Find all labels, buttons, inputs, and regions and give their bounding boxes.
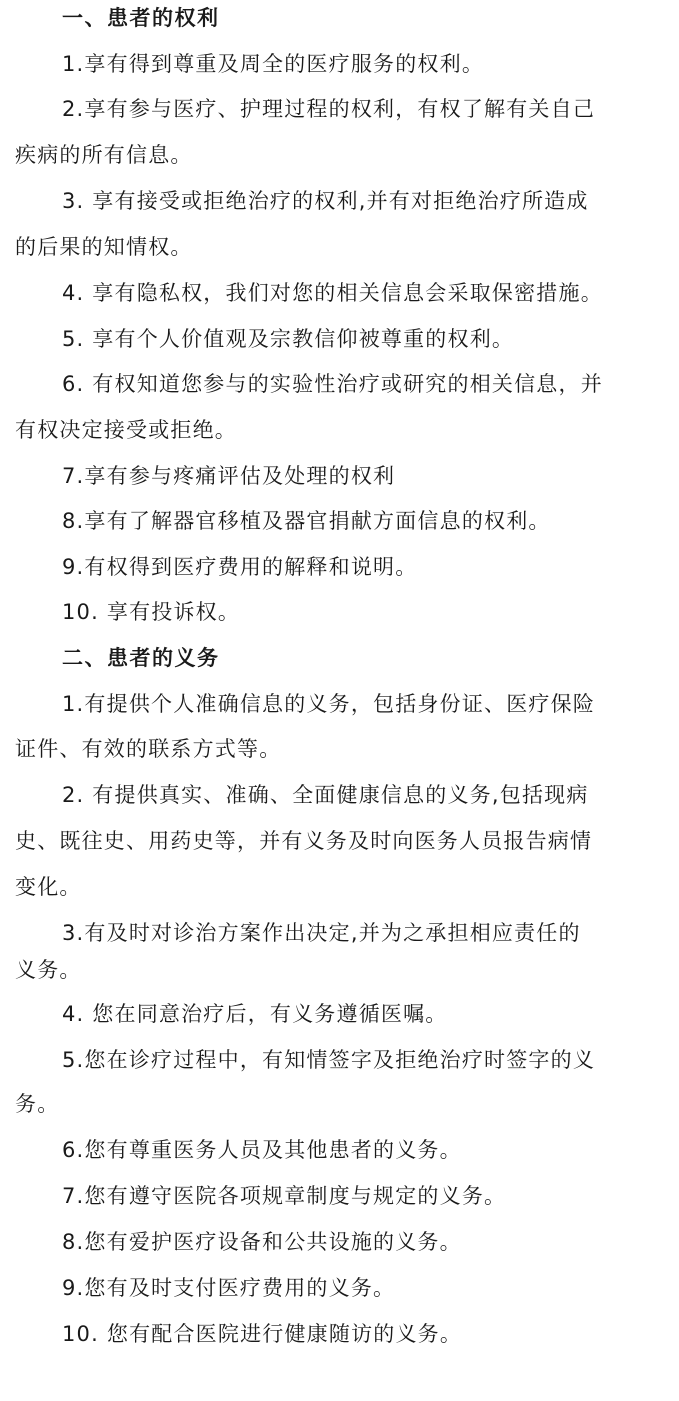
- list-item: 1.有提供个人准确信息的义务，包括身份证、医疗保险: [62, 690, 595, 718]
- list-item: 7.您有遵守医院各项规章制度与规定的义务。: [62, 1182, 506, 1210]
- list-item-continuation: 的后果的知情权。: [15, 233, 193, 261]
- section-heading: 一、患者的权利: [62, 4, 220, 32]
- section-heading: 二、患者的义务: [62, 644, 220, 672]
- list-item: 8.您有爱护医疗设备和公共设施的义务。: [62, 1228, 462, 1256]
- list-item: 3.有及时对诊治方案作出决定,并为之承担相应责任的: [62, 919, 581, 947]
- list-item-continuation: 务。: [15, 1090, 59, 1118]
- list-item: 6.您有尊重医务人员及其他患者的义务。: [62, 1136, 462, 1164]
- list-item: 3. 享有接受或拒绝治疗的权利,并有对拒绝治疗所造成: [62, 187, 589, 215]
- list-item: 5.您在诊疗过程中，有知情签字及拒绝治疗时签字的义: [62, 1046, 595, 1074]
- list-item: 5. 享有个人价值观及宗教信仰被尊重的权利。: [62, 325, 514, 353]
- list-item: 2.享有参与医疗、护理过程的权利，有权了解有关自己: [62, 95, 595, 123]
- list-item-continuation: 史、既往史、用药史等，并有义务及时向医务人员报告病情: [15, 827, 592, 855]
- list-item: 10. 享有投诉权。: [62, 598, 240, 626]
- list-item: 10. 您有配合医院进行健康随访的义务。: [62, 1320, 462, 1348]
- list-item: 4. 享有隐私权，我们对您的相关信息会采取保密措施。: [62, 279, 603, 307]
- list-item: 1.享有得到尊重及周全的医疗服务的权利。: [62, 50, 484, 78]
- list-item-continuation: 证件、有效的联系方式等。: [15, 735, 281, 763]
- list-item: 7.享有参与疼痛评估及处理的权利: [62, 462, 395, 490]
- list-item: 4. 您在同意治疗后，有义务遵循医嘱。: [62, 1000, 448, 1028]
- list-item-continuation: 有权决定接受或拒绝。: [15, 416, 237, 444]
- list-item-continuation: 义务。: [15, 956, 82, 984]
- list-item: 6. 有权知道您参与的实验性治疗或研究的相关信息，并: [62, 370, 603, 398]
- list-item: 2. 有提供真实、准确、全面健康信息的义务,包括现病: [62, 781, 589, 809]
- list-item: 8.享有了解器官移植及器官捐献方面信息的权利。: [62, 507, 551, 535]
- list-item-continuation: 疾病的所有信息。: [15, 141, 193, 169]
- list-item-continuation: 变化。: [15, 873, 82, 901]
- list-item: 9.有权得到医疗费用的解释和说明。: [62, 553, 417, 581]
- list-item: 9.您有及时支付医疗费用的义务。: [62, 1274, 395, 1302]
